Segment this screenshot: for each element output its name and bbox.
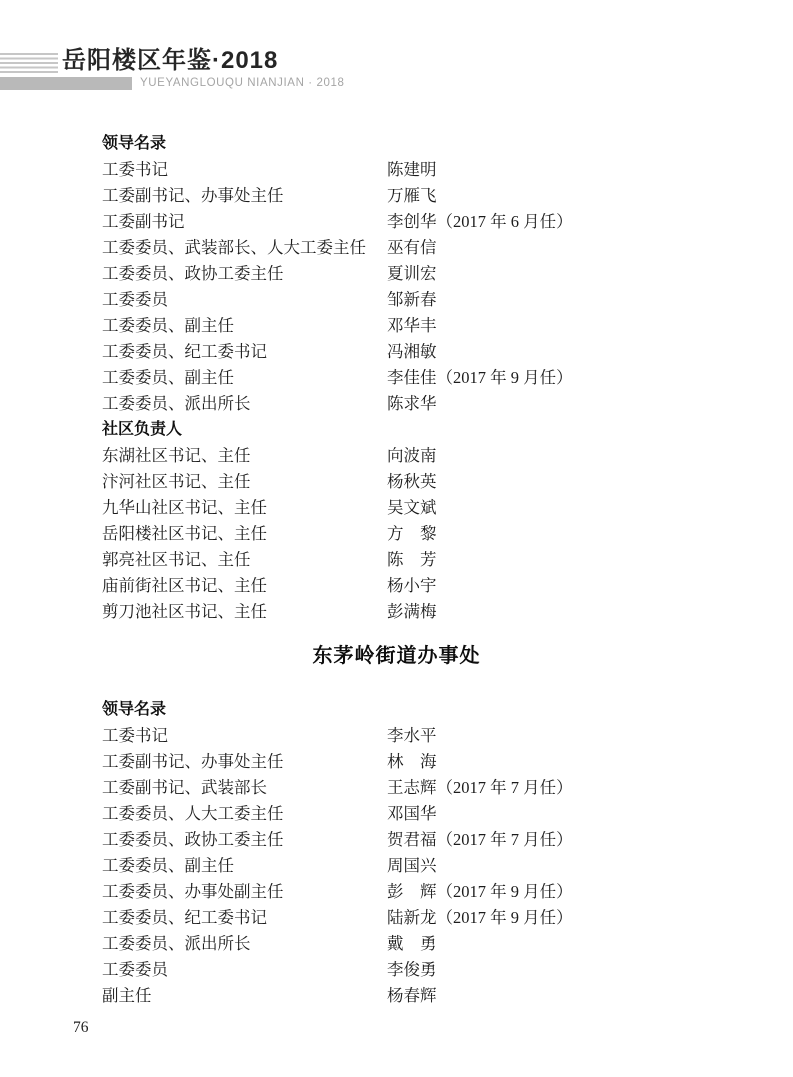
- position-label: 工委委员、副主任: [102, 313, 387, 339]
- directory-row: 工委委员、派出所长陈求华: [0, 391, 793, 417]
- position-label: 工委委员、纪工委书记: [102, 339, 387, 365]
- position-label: 工委委员、副主任: [102, 853, 387, 879]
- directory-row: 工委委员、政协工委主任夏训宏: [0, 261, 793, 287]
- group-heading: 领导名录: [0, 131, 793, 157]
- position-label: 工委委员、派出所长: [102, 931, 387, 957]
- directory-row: 工委书记陈建明: [0, 157, 793, 183]
- position-label: 工委委员、武装部长、人大工委主任: [102, 235, 387, 261]
- directory-row: 工委委员邹新春: [0, 287, 793, 313]
- person-name: 陈建明: [387, 157, 793, 183]
- person-name: 李佳佳（2017 年 9 月任）: [387, 365, 793, 391]
- directory-row: 工委委员、办事处副主任彭 辉（2017 年 9 月任）: [0, 879, 793, 905]
- person-name: 彭 辉（2017 年 9 月任）: [387, 879, 793, 905]
- directory-row: 剪刀池社区书记、主任彭满梅: [0, 599, 793, 625]
- person-name: 李创华（2017 年 6 月任）: [387, 209, 793, 235]
- position-label: 郭亮社区书记、主任: [102, 547, 387, 573]
- decorative-stripes: [0, 53, 58, 75]
- directory-row: 工委委员、副主任邓华丰: [0, 313, 793, 339]
- person-name: 彭满梅: [387, 599, 793, 625]
- person-name: 邓华丰: [387, 313, 793, 339]
- position-label: 工委委员、办事处副主任: [102, 879, 387, 905]
- person-name: 夏训宏: [387, 261, 793, 287]
- directory-row: 工委委员、派出所长戴 勇: [0, 931, 793, 957]
- person-name: 杨春辉: [387, 983, 793, 1009]
- directory-row: 工委副书记、办事处主任万雁飞: [0, 183, 793, 209]
- page-number: 76: [73, 1018, 89, 1038]
- directory-row: 庙前街社区书记、主任杨小宇: [0, 573, 793, 599]
- position-label: 工委委员、派出所长: [102, 391, 387, 417]
- position-label: 工委委员: [102, 287, 387, 313]
- person-name: 戴 勇: [387, 931, 793, 957]
- directory-row: 工委委员、副主任周国兴: [0, 853, 793, 879]
- yearbook-title: 岳阳楼区年鉴·2018: [62, 47, 278, 75]
- directory-row: 工委副书记、武装部长王志辉（2017 年 7 月任）: [0, 775, 793, 801]
- position-label: 工委书记: [102, 157, 387, 183]
- position-label: 岳阳楼社区书记、主任: [102, 521, 387, 547]
- position-label: 工委委员、纪工委书记: [102, 905, 387, 931]
- position-label: 工委委员、副主任: [102, 365, 387, 391]
- directory-row: 郭亮社区书记、主任陈 芳: [0, 547, 793, 573]
- person-name: 方 黎: [387, 521, 793, 547]
- person-name: 李俊勇: [387, 957, 793, 983]
- directory-row: 工委委员、纪工委书记陆新龙（2017 年 9 月任）: [0, 905, 793, 931]
- position-label: 工委副书记、办事处主任: [102, 183, 387, 209]
- person-name: 杨秋英: [387, 469, 793, 495]
- directory-row: 岳阳楼社区书记、主任方 黎: [0, 521, 793, 547]
- position-label: 副主任: [102, 983, 387, 1009]
- position-label: 剪刀池社区书记、主任: [102, 599, 387, 625]
- person-name: 邓国华: [387, 801, 793, 827]
- position-label: 东湖社区书记、主任: [102, 443, 387, 469]
- group-heading: 社区负责人: [0, 417, 793, 443]
- directory-row: 工委委员李俊勇: [0, 957, 793, 983]
- directory-row: 工委书记李水平: [0, 723, 793, 749]
- directory-row: 九华山社区书记、主任吴文斌: [0, 495, 793, 521]
- person-name: 李水平: [387, 723, 793, 749]
- person-name: 吴文斌: [387, 495, 793, 521]
- person-name: 杨小宇: [387, 573, 793, 599]
- directory-row: 汴河社区书记、主任杨秋英: [0, 469, 793, 495]
- person-name: 陈求华: [387, 391, 793, 417]
- running-head: 岳阳楼区年鉴·2018 YUEYANGLOUQU NIANJIAN · 2018: [0, 0, 793, 100]
- person-name: 王志辉（2017 年 7 月任）: [387, 775, 793, 801]
- position-label: 工委副书记、武装部长: [102, 775, 387, 801]
- person-name: 巫有信: [387, 235, 793, 261]
- person-name: 向波南: [387, 443, 793, 469]
- person-name: 贺君福（2017 年 7 月任）: [387, 827, 793, 853]
- position-label: 工委副书记、办事处主任: [102, 749, 387, 775]
- position-label: 庙前街社区书记、主任: [102, 573, 387, 599]
- position-label: 工委委员、人大工委主任: [102, 801, 387, 827]
- person-name: 陆新龙（2017 年 9 月任）: [387, 905, 793, 931]
- yearbook-subtitle-pinyin: YUEYANGLOUQU NIANJIAN · 2018: [140, 77, 344, 90]
- decorative-bar: [0, 77, 132, 90]
- directory-row: 工委委员、政协工委主任贺君福（2017 年 7 月任）: [0, 827, 793, 853]
- directory-row: 工委委员、武装部长、人大工委主任巫有信: [0, 235, 793, 261]
- position-label: 工委书记: [102, 723, 387, 749]
- directory-row: 工委委员、人大工委主任邓国华: [0, 801, 793, 827]
- person-name: 冯湘敏: [387, 339, 793, 365]
- page-body: 领导名录工委书记陈建明工委副书记、办事处主任万雁飞工委副书记李创华（2017 年…: [0, 131, 793, 1009]
- directory-row: 工委委员、纪工委书记冯湘敏: [0, 339, 793, 365]
- directory-row: 工委副书记李创华（2017 年 6 月任）: [0, 209, 793, 235]
- section-title: 东茅岭街道办事处: [0, 643, 793, 669]
- position-label: 汴河社区书记、主任: [102, 469, 387, 495]
- directory-row: 东湖社区书记、主任向波南: [0, 443, 793, 469]
- position-label: 工委委员: [102, 957, 387, 983]
- position-label: 九华山社区书记、主任: [102, 495, 387, 521]
- directory-row: 工委委员、副主任李佳佳（2017 年 9 月任）: [0, 365, 793, 391]
- position-label: 工委委员、政协工委主任: [102, 261, 387, 287]
- person-name: 周国兴: [387, 853, 793, 879]
- directory-row: 工委副书记、办事处主任林 海: [0, 749, 793, 775]
- person-name: 万雁飞: [387, 183, 793, 209]
- position-label: 工委委员、政协工委主任: [102, 827, 387, 853]
- person-name: 陈 芳: [387, 547, 793, 573]
- person-name: 邹新春: [387, 287, 793, 313]
- group-heading: 领导名录: [0, 697, 793, 723]
- position-label: 工委副书记: [102, 209, 387, 235]
- person-name: 林 海: [387, 749, 793, 775]
- directory-row: 副主任杨春辉: [0, 983, 793, 1009]
